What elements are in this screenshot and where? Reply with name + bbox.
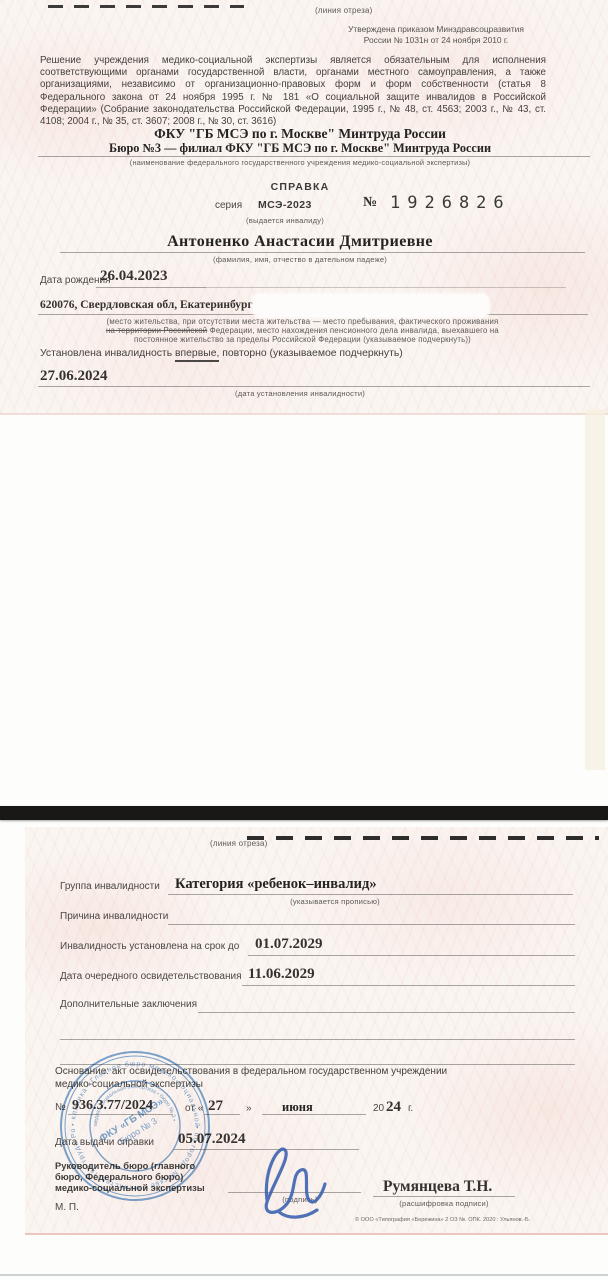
address-value: 620076, Свердловская обл, Екатеринбург г… bbox=[40, 299, 262, 311]
cut-line-label: (линия отреза) bbox=[315, 6, 372, 15]
additional-underline-1 bbox=[198, 1012, 575, 1013]
page-edge-strip bbox=[585, 410, 605, 770]
next-exam-underline bbox=[242, 985, 575, 986]
name-underline bbox=[60, 252, 585, 253]
series-value: МСЭ-2023 bbox=[258, 199, 312, 211]
act-month-value: июня bbox=[282, 1100, 313, 1115]
approval-line2: России № 1031н от 24 ноября 2010 г. bbox=[325, 35, 547, 46]
established-date-caption: (дата установления инвалидности) bbox=[20, 389, 580, 398]
org-name-line1: ФКУ "ГБ МСЭ по г. Москве" Минтруда Росси… bbox=[20, 126, 580, 142]
name-caption: (фамилия, имя, отчество в дательном паде… bbox=[20, 255, 580, 264]
address-caption-2: на территории Российской Федерации, мест… bbox=[30, 326, 575, 335]
certificate-number: 1926826 bbox=[390, 193, 511, 213]
org-caption: (наименование федерального государственн… bbox=[20, 158, 580, 167]
head-name-caption: (расшифровка подписи) bbox=[373, 1199, 515, 1208]
term-label: Инвалидность установлена на срок до bbox=[60, 941, 239, 952]
legal-paragraph: Решение учреждения медико-социальной экс… bbox=[40, 55, 546, 128]
address-caption-2-rest: Федерации, место нахождения пенсионного … bbox=[207, 326, 499, 335]
page-bottom-shadow-line bbox=[0, 1274, 608, 1276]
term-value: 01.07.2029 bbox=[255, 936, 323, 953]
birth-date-value: 26.04.2023 bbox=[100, 268, 168, 285]
birth-underline bbox=[96, 287, 206, 288]
head-name-value: Румянцева Т.Н. bbox=[383, 1178, 492, 1196]
group-value: Категория «ребенок–инвалид» bbox=[175, 876, 377, 893]
additional-underline-2 bbox=[60, 1039, 575, 1040]
act-close-quote: » bbox=[246, 1103, 252, 1114]
established-rest: повторно (указываемое подчеркнуть) bbox=[222, 348, 403, 359]
handwritten-signature bbox=[245, 1140, 355, 1220]
next-exam-value: 11.06.2029 bbox=[248, 966, 315, 983]
issued-caption: (выдается инвалиду) bbox=[195, 216, 375, 225]
group-underline bbox=[168, 894, 573, 895]
address-caption-3: постоянное жительство за пределы Российс… bbox=[30, 335, 575, 344]
series-label: серия bbox=[215, 200, 242, 211]
number-sign: № bbox=[363, 195, 377, 211]
cause-underline bbox=[168, 924, 575, 925]
head-name-underline bbox=[373, 1196, 515, 1197]
established-date: 27.06.2024 bbox=[40, 368, 108, 385]
cause-label: Причина инвалидности bbox=[60, 911, 168, 922]
printshop-note: © ООО «Типография «Бережина» 2 ОЗ №. ОПК… bbox=[355, 1217, 550, 1223]
established-prefix: Установлена инвалидность bbox=[40, 348, 172, 359]
address-caption-struck: на территории Российской bbox=[106, 326, 207, 335]
doc-title: СПРАВКА bbox=[20, 181, 580, 193]
cut-line-dashes-bottom bbox=[247, 836, 599, 840]
scanned-certificate-view: { "page1": { "cut_line_label": "(линия о… bbox=[0, 0, 608, 1280]
birth-underline-ext bbox=[206, 287, 566, 288]
act-year-written: 24 bbox=[386, 1099, 401, 1116]
next-exam-label: Дата очередного освидетельствования bbox=[60, 971, 242, 982]
established-date-underline bbox=[38, 386, 590, 387]
act-year-g: г. bbox=[408, 1103, 413, 1114]
official-round-stamp: • клиника «Главное бюро медико-социально… bbox=[56, 1042, 214, 1210]
org-underline bbox=[38, 156, 590, 157]
cut-line-label-2: (линия отреза) bbox=[210, 839, 267, 848]
org-name-line2: Бюро №3 — филиал ФКУ "ГБ МСЭ по г. Москв… bbox=[20, 141, 580, 156]
approval-line1: Утверждена приказом Минздравсоцразвития bbox=[325, 24, 547, 35]
established-row: Установлена инвалидность впервые, повтор… bbox=[40, 348, 403, 359]
established-first-time: впервые, bbox=[175, 348, 219, 362]
cut-line-dashes-top bbox=[48, 5, 244, 8]
approval-note: Утверждена приказом Минздравсоцразвития … bbox=[325, 24, 547, 45]
additional-label: Дополнительные заключения bbox=[60, 999, 197, 1010]
act-year-prefix: 20 bbox=[373, 1103, 384, 1114]
act-month-underline bbox=[262, 1114, 366, 1115]
recipient-name: Антоненко Анастасии Дмитриевне bbox=[20, 233, 580, 251]
scan-separator-band bbox=[0, 806, 608, 820]
address-redaction bbox=[252, 293, 490, 318]
group-caption: (указывается прописью) bbox=[250, 897, 420, 906]
group-label: Группа инвалидности bbox=[60, 881, 160, 892]
address-caption-1: (место жительства, при отсутствии места … bbox=[30, 317, 575, 326]
term-underline bbox=[248, 955, 575, 956]
